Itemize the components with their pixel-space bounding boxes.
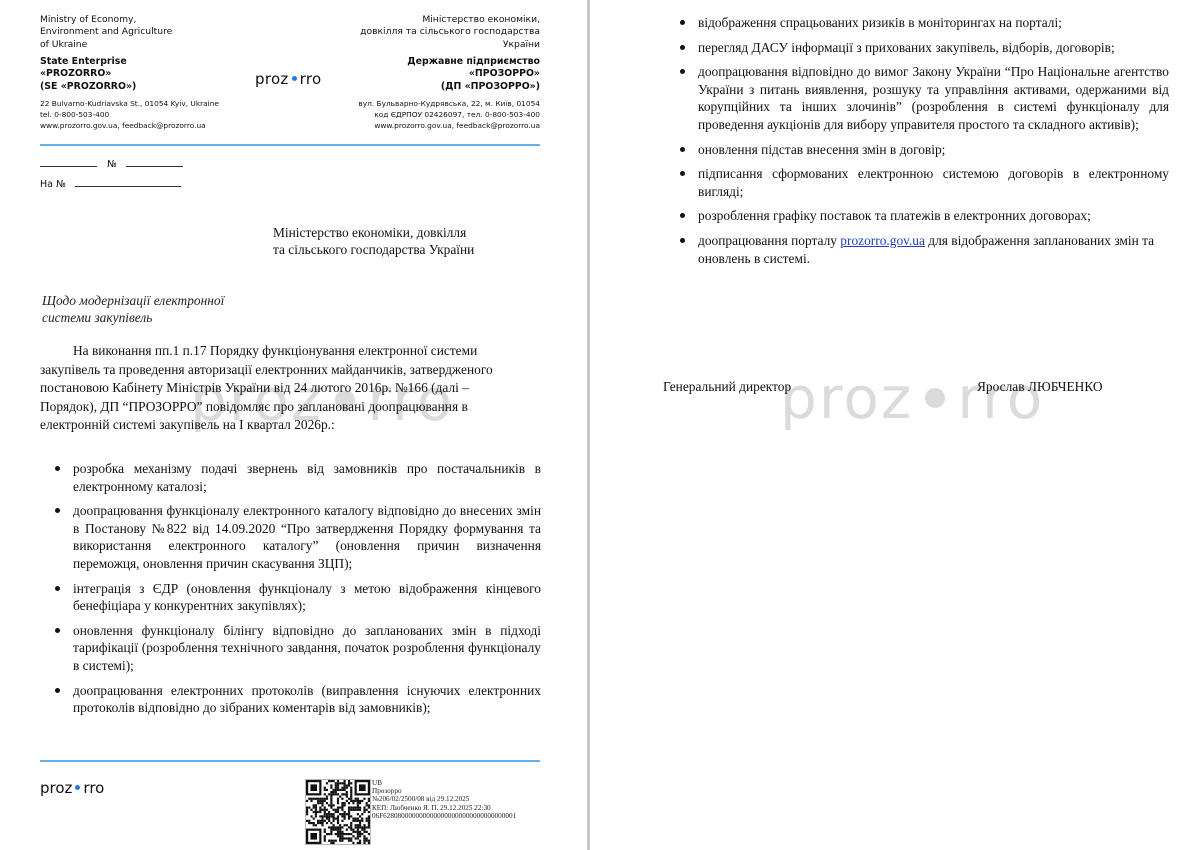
bullet-icon	[680, 238, 685, 243]
bullet-icon	[55, 586, 60, 591]
bullet-icon	[680, 69, 685, 74]
enterprise-name-uk: Державне підприємство «ПРОЗОРРО» (ДП «ПР…	[300, 56, 540, 94]
bullet-icon	[680, 147, 685, 152]
list-item: підписання сформованих електронною систе…	[665, 165, 1169, 200]
footer-divider	[40, 760, 540, 762]
address-uk: вул. Бульварно-Кудрявська, 22, м. Київ, …	[300, 99, 540, 131]
list-item: розроблення графіку поставок та платежів…	[665, 207, 1169, 225]
qr-code	[305, 779, 371, 845]
outgoing-number-line: №	[40, 158, 183, 170]
letterhead-ukrainian: Міністерство економіки, довкілля та сіль…	[300, 14, 540, 131]
reply-to-number-line: На №	[40, 178, 181, 190]
letterhead-english: Ministry of Economy, Environment and Agr…	[40, 14, 260, 131]
signatory-title: Генеральний директор	[663, 379, 791, 395]
address-en: 22 Bulvarno-Kudriavska St., 01054 Kyiv, …	[40, 99, 260, 131]
signature-stamp: UB Прозорро №206/02/2500/08 від 29.12.20…	[372, 779, 516, 820]
footer-prozorro-logo: prozrro	[40, 779, 104, 797]
document-page-1: Ministry of Economy, Environment and Agr…	[0, 0, 587, 850]
bullet-icon	[680, 45, 685, 50]
list-item: відображення спрацьованих ризиків в моні…	[665, 14, 1169, 32]
signatory-name: Ярослав ЛЮБЧЕНКО	[977, 379, 1103, 395]
bullet-icon	[55, 508, 60, 513]
addressee: Міністерство економіки, довкілля та сіль…	[273, 224, 474, 258]
list-item: розробка механізму подачі звернень від з…	[40, 460, 541, 495]
bullet-icon	[680, 171, 685, 176]
list-item: доопрацювання функціоналу електронного к…	[40, 502, 541, 572]
bullet-icon	[680, 213, 685, 218]
letterhead-divider	[40, 144, 540, 146]
ministry-name-en: Ministry of Economy, Environment and Agr…	[40, 14, 260, 51]
logo-dot-icon	[75, 785, 80, 790]
ministry-name-uk: Міністерство економіки, довкілля та сіль…	[300, 14, 540, 51]
letter-subject: Щодо модернізації електронної системи за…	[42, 292, 224, 326]
qr-code-icon	[306, 780, 370, 844]
list-item: доопрацювання відповідно до вимог Закону…	[665, 63, 1169, 133]
enterprise-name-en: State Enterprise «PROZORRO» (SE «PROZORR…	[40, 56, 260, 94]
bullet-icon	[55, 628, 60, 633]
body-paragraph: На виконання пп.1 п.17 Порядку функціону…	[40, 342, 520, 435]
list-item: оновлення функціоналу білінгу відповідно…	[40, 622, 541, 675]
planned-changes-list-page-2: відображення спрацьованих ризиків в моні…	[665, 14, 1169, 274]
list-item: оновлення підстав внесення змін в догові…	[665, 141, 1169, 159]
bullet-icon	[55, 688, 60, 693]
prozorro-portal-link[interactable]: prozorro.gov.ua	[840, 233, 925, 248]
list-item: інтеграція з ЄДР (оновлення функціоналу …	[40, 580, 541, 615]
bullet-icon	[680, 20, 685, 25]
bullet-icon	[55, 466, 60, 471]
list-item: перегляд ДАСУ інформації з прихованих за…	[665, 39, 1169, 57]
logo-dot-icon	[292, 76, 297, 81]
planned-changes-list-page-1: розробка механізму подачі звернень від з…	[40, 460, 541, 724]
list-item: доопрацювання електронних протоколів (ви…	[40, 682, 541, 717]
list-item: доопрацювання порталу prozorro.gov.ua дл…	[665, 232, 1169, 267]
